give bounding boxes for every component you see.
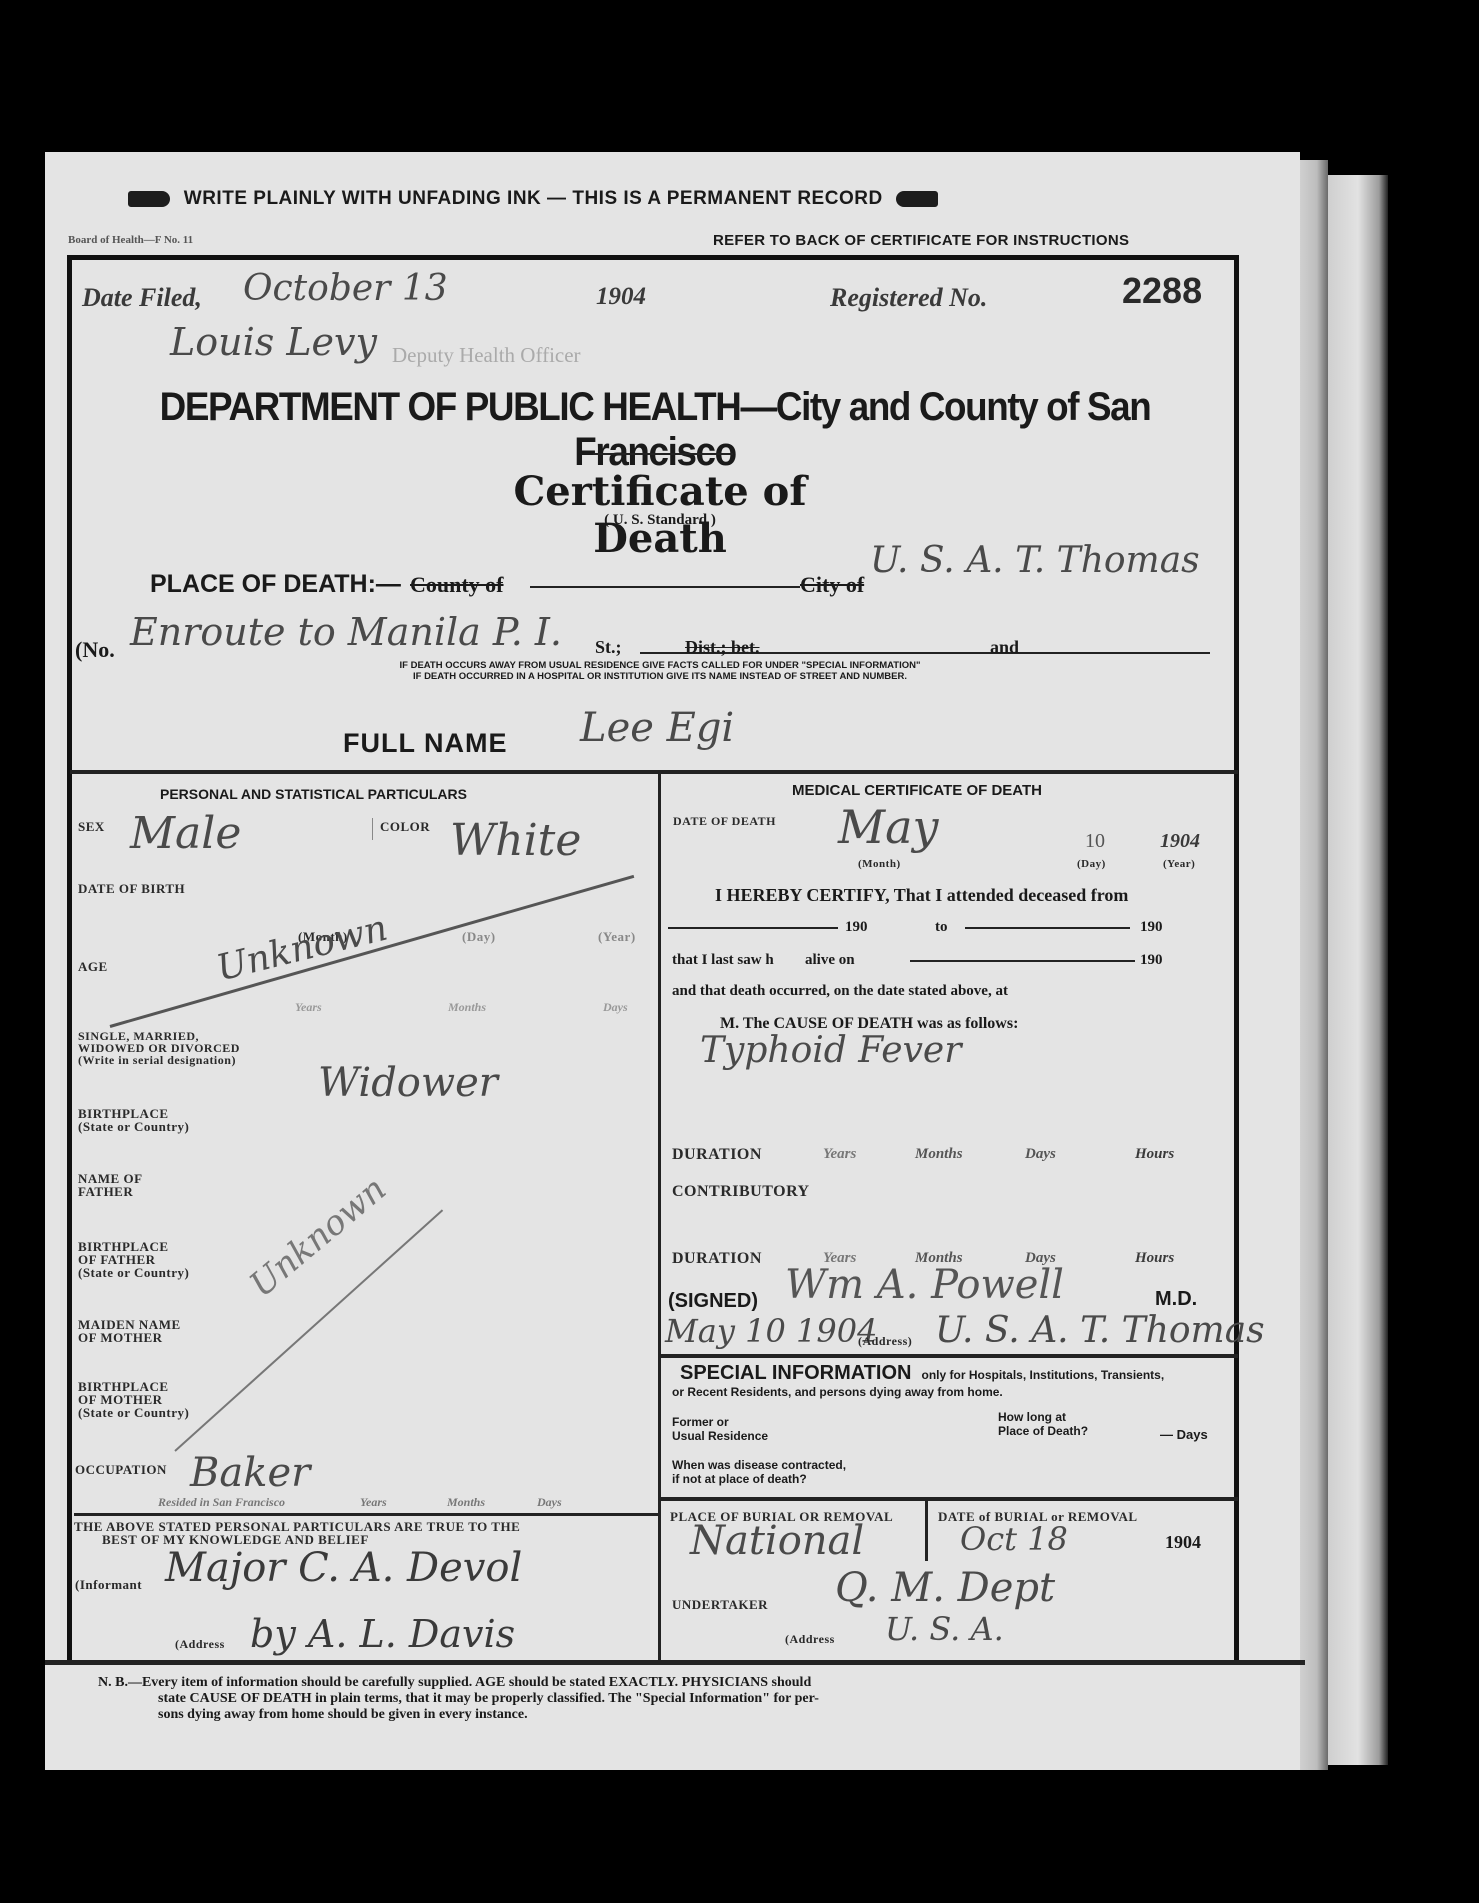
place-note-line2: IF DEATH OCCURRED IN A HOSPITAL OR INSTI… bbox=[220, 671, 1100, 682]
age-years-label: Years bbox=[295, 1000, 322, 1015]
date-filed-value: October 13 bbox=[243, 268, 448, 309]
attended-from-year: 190 bbox=[845, 919, 868, 936]
mother-birthplace-label: BIRTHPLACE OF MOTHER (State or Country) bbox=[78, 1380, 189, 1419]
how-long-label-1: How long at bbox=[998, 1410, 1088, 1424]
physician-address-label: (Address) bbox=[858, 1335, 912, 1348]
color-value: White bbox=[450, 815, 581, 866]
footer-line-3: sons dying away from home should be give… bbox=[98, 1707, 819, 1723]
burial-place-value: National bbox=[690, 1518, 864, 1564]
banner-text: WRITE PLAINLY WITH UNFADING INK — THIS I… bbox=[184, 188, 883, 209]
duration-hours: Hours bbox=[1135, 1146, 1174, 1163]
medical-divider bbox=[660, 1354, 1238, 1358]
footer-nb-label: N. B.— bbox=[98, 1675, 142, 1690]
residence-label: Former or Usual Residence bbox=[672, 1415, 768, 1443]
color-divider bbox=[372, 818, 373, 840]
residence-label-1: Former or bbox=[672, 1415, 768, 1429]
contracted-label-2: if not at place of death? bbox=[672, 1472, 846, 1486]
place-of-death-label: PLACE OF DEATH:— bbox=[150, 570, 401, 599]
officer-title: Deputy Health Officer bbox=[392, 343, 581, 368]
page-edge bbox=[1300, 160, 1328, 1770]
registered-no-label: Registered No. bbox=[830, 283, 987, 313]
contracted-label-1: When was disease contracted, bbox=[672, 1458, 846, 1472]
attest-text: THE ABOVE STATED PERSONAL PARTICULARS AR… bbox=[74, 1520, 520, 1546]
officer-signature: Louis Levy bbox=[170, 320, 377, 364]
department-title: DEPARTMENT OF PUBLIC HEALTH—City and Cou… bbox=[154, 385, 1157, 475]
special-heading: SPECIAL INFORMATION bbox=[680, 1362, 911, 1384]
death-year-label: (Year) bbox=[1163, 858, 1195, 871]
full-name-value: Lee Egi bbox=[580, 705, 734, 751]
column-divider bbox=[658, 772, 661, 1665]
days-value: — Days bbox=[1160, 1427, 1208, 1442]
birthplace-label: BIRTHPLACE (State or Country) bbox=[78, 1107, 189, 1133]
age-months-label: Months bbox=[448, 1000, 486, 1015]
age-label: AGE bbox=[78, 960, 108, 973]
filed-year: 1904 bbox=[596, 283, 646, 311]
duration-months: Months bbox=[915, 1146, 963, 1163]
mother-maiden-label: MAIDEN NAME OF MOTHER bbox=[78, 1318, 181, 1344]
burial-date-value: Oct 18 bbox=[960, 1520, 1068, 1558]
duration-years: Years bbox=[823, 1146, 856, 1163]
undertaker-address-label: (Address bbox=[785, 1633, 835, 1646]
date-of-death-label: DATE OF DEATH bbox=[673, 815, 776, 828]
alive-on-label: alive on bbox=[805, 952, 855, 969]
undertaker-value: Q. M. Dept bbox=[835, 1565, 1055, 1611]
resided-years: Years bbox=[360, 1495, 387, 1510]
place-note-line1: IF DEATH OCCURS AWAY FROM USUAL RESIDENC… bbox=[220, 660, 1100, 671]
physician-address-value: U. S. A. T. Thomas bbox=[935, 1310, 1265, 1351]
how-long-label-2: Place of Death? bbox=[998, 1424, 1088, 1438]
color-label: COLOR bbox=[380, 820, 430, 833]
signed-label: (SIGNED) bbox=[668, 1290, 758, 1313]
alive-on-year: 190 bbox=[1140, 952, 1163, 969]
medical-heading: MEDICAL CERTIFICATE OF DEATH bbox=[792, 782, 1042, 799]
attended-from-line bbox=[668, 927, 838, 929]
attended-to-label: to bbox=[935, 919, 948, 936]
footer-note: N. B.—Every item of information should b… bbox=[98, 1675, 819, 1723]
death-day-value: 10 bbox=[1085, 830, 1105, 853]
registered-no: 2288 bbox=[1122, 270, 1202, 312]
attended-to-year: 190 bbox=[1140, 919, 1163, 936]
special-subheading-2: or Recent Residents, and persons dying a… bbox=[672, 1385, 1003, 1399]
st-label: St.; bbox=[595, 637, 622, 658]
pointing-hand-left-icon bbox=[128, 191, 170, 207]
sex-value: Male bbox=[130, 808, 241, 859]
special-subheading: only for Hospitals, Institutions, Transi… bbox=[921, 1368, 1164, 1382]
no-label: (No. bbox=[75, 637, 115, 663]
footer-line-2: state CAUSE OF DEATH in plain terms, tha… bbox=[98, 1691, 819, 1707]
informant-value: Major C. A. Devol bbox=[165, 1545, 522, 1591]
resided-days: Days bbox=[537, 1495, 562, 1510]
marital-label: SINGLE, MARRIED, WIDOWED OR DIVORCED (Wr… bbox=[78, 1030, 240, 1066]
undertaker-label: UNDERTAKER bbox=[672, 1598, 768, 1611]
dob-year-label: (Year) bbox=[598, 930, 636, 943]
last-saw-text: that I last saw h bbox=[672, 952, 774, 969]
death-year-value: 1904 bbox=[1160, 830, 1200, 853]
footer-line-1: Every item of information should be care… bbox=[142, 1675, 811, 1690]
father-name-label-2: FATHER bbox=[78, 1185, 143, 1198]
residence-label-2: Usual Residence bbox=[672, 1429, 768, 1443]
instructions-note: REFER TO BACK OF CERTIFICATE FOR INSTRUC… bbox=[713, 232, 1129, 249]
pointing-hand-right-icon bbox=[896, 191, 938, 207]
dist-label: Dist.; bet. bbox=[685, 637, 760, 658]
occupation-label: OCCUPATION bbox=[75, 1463, 167, 1476]
dob-day-label: (Day) bbox=[462, 930, 496, 943]
personal-heading: PERSONAL AND STATISTICAL PARTICULARS bbox=[160, 786, 467, 802]
bottom-border bbox=[45, 1660, 1305, 1665]
duration-days: Days bbox=[1025, 1146, 1056, 1163]
no-value: Enroute to Manila P. I. bbox=[130, 610, 562, 654]
marital-label-3: (Write in serial designation) bbox=[78, 1054, 240, 1066]
mother-birthplace-label-3: (State or Country) bbox=[78, 1406, 189, 1419]
resided-label: Resided in San Francisco bbox=[158, 1495, 285, 1510]
death-month-value: May bbox=[838, 800, 939, 854]
age-days-label: Days bbox=[603, 1000, 628, 1015]
death-day-label: (Day) bbox=[1077, 858, 1106, 871]
burial-year: 1904 bbox=[1165, 1532, 1201, 1553]
burial-divider bbox=[925, 1499, 928, 1561]
how-long-label: How long at Place of Death? bbox=[998, 1410, 1088, 1438]
county-line bbox=[530, 586, 800, 588]
city-label: City of bbox=[800, 572, 864, 598]
duration-label: DURATION bbox=[672, 1148, 762, 1161]
undertaker-address-value: U. S. A. bbox=[885, 1610, 1004, 1648]
divider bbox=[593, 453, 733, 455]
attended-to-line bbox=[965, 927, 1130, 929]
special-divider bbox=[660, 1497, 1238, 1501]
full-name-label: FULL NAME bbox=[343, 728, 508, 759]
physician-signature: Wm A. Powell bbox=[785, 1262, 1064, 1308]
contracted-label: When was disease contracted, if not at p… bbox=[672, 1458, 846, 1486]
form-id: Board of Health—F No. 11 bbox=[68, 234, 193, 246]
informant-address-label: (Address bbox=[175, 1638, 225, 1651]
death-month-label: (Month) bbox=[858, 858, 901, 871]
and-label: and bbox=[990, 637, 1019, 658]
alive-on-line bbox=[910, 960, 1135, 962]
personal-divider bbox=[74, 1513, 658, 1516]
father-name-label: NAME OF FATHER bbox=[78, 1172, 143, 1198]
standard-note: ( U. S. Standard ) bbox=[500, 512, 820, 529]
resided-months: Months bbox=[447, 1495, 485, 1510]
occupation-value: Baker bbox=[190, 1450, 310, 1496]
city-value: U. S. A. T. Thomas bbox=[870, 540, 1200, 581]
marital-value: Widower bbox=[318, 1060, 498, 1106]
cause-value: Typhoid Fever bbox=[700, 1030, 961, 1071]
duration-2-label: DURATION bbox=[672, 1252, 762, 1265]
duration-2-hours: Hours bbox=[1135, 1250, 1174, 1267]
birthplace-label-2: (State or Country) bbox=[78, 1120, 189, 1133]
place-note: IF DEATH OCCURS AWAY FROM USUAL RESIDENC… bbox=[220, 660, 1100, 682]
special-heading-row: SPECIAL INFORMATION only for Hospitals, … bbox=[680, 1362, 1164, 1385]
dob-label: DATE OF BIRTH bbox=[78, 882, 185, 895]
sex-label: SEX bbox=[78, 820, 105, 833]
md-label: M.D. bbox=[1155, 1288, 1197, 1311]
banner: WRITE PLAINLY WITH UNFADING INK — THIS I… bbox=[128, 188, 1188, 210]
signed-date: May 10 1904 bbox=[665, 1312, 877, 1350]
page-edge-stack bbox=[1328, 175, 1388, 1765]
occurred-text: and that death occurred, on the date sta… bbox=[672, 983, 1008, 1000]
date-filed-label: Date Filed, bbox=[82, 283, 202, 313]
informant-address-value: by A. L. Davis bbox=[250, 1612, 515, 1656]
county-label: County of bbox=[410, 572, 504, 598]
father-birthplace-label-3: (State or Country) bbox=[78, 1266, 189, 1279]
certify-text: I HEREBY CERTIFY, That I attended deceas… bbox=[715, 885, 1128, 906]
mother-maiden-label-2: OF MOTHER bbox=[78, 1331, 181, 1344]
father-birthplace-label: BIRTHPLACE OF FATHER (State or Country) bbox=[78, 1240, 189, 1279]
informant-label: (Informant bbox=[75, 1578, 142, 1591]
section-divider bbox=[70, 770, 1238, 774]
contributory-label: CONTRIBUTORY bbox=[672, 1185, 810, 1198]
